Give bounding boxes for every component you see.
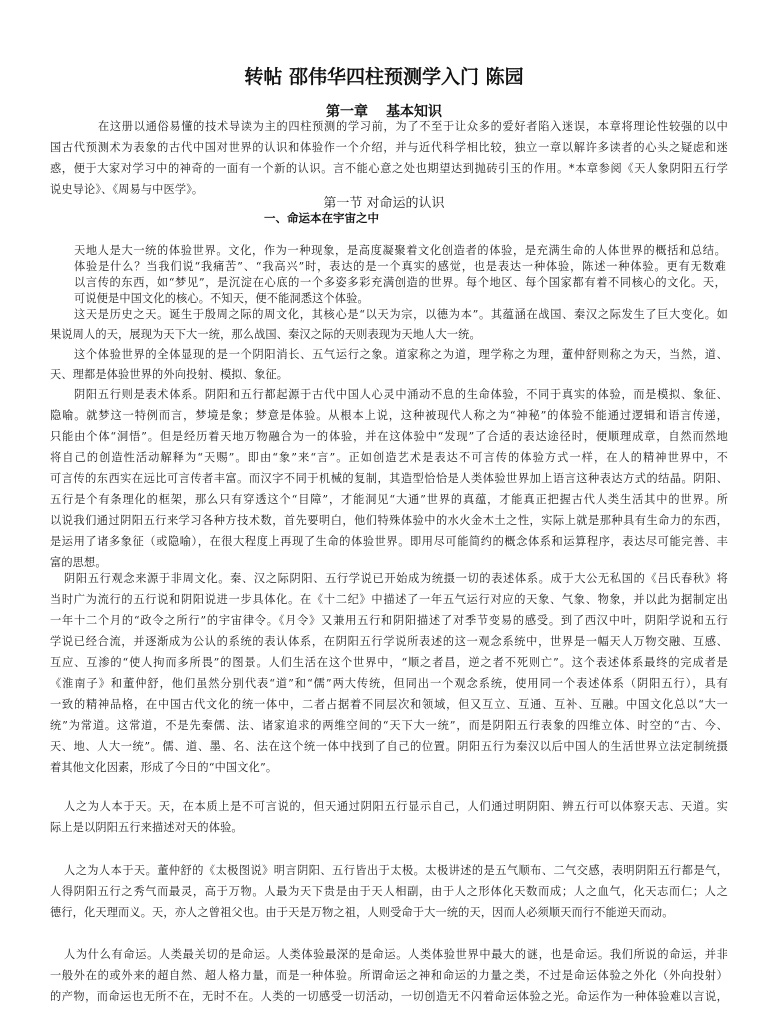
section-heading: 第一节 对命运的认识	[0, 192, 768, 211]
text-line: 可说便是中国文化的核心。不知天，便不能洞悉这个体验。	[74, 290, 369, 306]
text-line: 只能由个体“洞悟”。但是经历着天地万物融合为一的体验，并在这体验中“发现”了合适…	[50, 428, 728, 444]
text-line: 一般外在的或外来的超自然、超人格力量，而是一种体验。所谓命运之神和命运的力量之类…	[50, 967, 728, 983]
text-line: 体验是什么？当我们说“我痛苦”、“我高兴”时，表达的是一个真实的感觉，也是表达一…	[74, 258, 726, 274]
text-line: 着其他文化因素，形成了今日的“中国文化”。	[50, 759, 277, 775]
text-line: 五行是个有条理化的框架，那么只有穿透这个“目障”，才能洞见“大通”世界的真蕴，才…	[50, 491, 728, 507]
text-line: 富的思想。	[50, 554, 107, 570]
text-line: 学说已经合流，并逐渐成为公认的系统的表认体系，在阴阳五行学说所表述的这一观念系统…	[50, 633, 728, 649]
text-line: 将自己的创造性活动解释为“天赐”。即由“象”来“言”。正如创造艺术是表达不可言传…	[50, 449, 728, 465]
text-line: 以说我们通过阴阳五行来学习各种方技术数，首先要明白，他们特殊体验中的水火金木土之…	[50, 512, 728, 528]
text-line: 一致的精神品格，在中国古代文化的统一体中，二者占据着不同层次和领域，但又互立、互…	[50, 696, 728, 712]
text-line: 是运用了诸多象征（或隐喻），在很大程度上再现了生命的体验世界。即用尽可能简约的概…	[50, 533, 728, 549]
text-line: 《淮南子》和董仲舒，他们虽然分别代表“道”和“儒”两大传统，但同出一个观念系统，…	[50, 675, 728, 691]
text-line: 以言传的东西，如“梦见”，是沉淀在心底的一个多姿多彩充满创造的世界。每个地区、每…	[74, 274, 726, 290]
text-line: 当时广为流行的五行说和阴阳说进一步具体化。在《十二纪》中描述了一年五气运行对应的…	[50, 591, 728, 607]
text-line: 隐喻。就梦这一特例而言，梦境是象；梦意是体验。从根本上说，这种被现代人称之为“神…	[50, 407, 728, 423]
text-line: 这个体验世界的全体显现的是一个阴阳消长、五气运行之象。道家称之为道，理学称之为理…	[74, 346, 728, 362]
subsection-heading: 一、命运本在宇宙之中	[264, 210, 379, 226]
text-line: 阴阳五行则是表术体系。阴阳和五行都起源于古代中国人心灵中涌动不息的生命体验，不同…	[74, 386, 728, 402]
text-line: 统”为常道。这常道，不是先秦儒、法、诸家追求的两维空间的“天下大一统”，而是阴阳…	[50, 717, 728, 733]
text-line: 可言传的东西实在远比可言传者丰富。而汉字不同于机械的复制，其造型恰恰是人类体验世…	[50, 470, 728, 486]
text-line: 的产物，而命运也无所不在，无时不在。人类的一切感受一切活动，一切创造无不闪着命运…	[50, 988, 728, 1004]
text-line: 一年十二个月的“政令之所行”的宇宙律令。《月令》又兼用五行和阴阳描述了对季节变易…	[50, 612, 728, 628]
text-line: 互应、互渗的“使人拘而多所畏”的图景。人们生活在这个世界中，“顺之者昌，逆之者不…	[50, 654, 728, 670]
text-line: 德行，化天理而义。天，亦人之曾祖父也。由于天是万物之祖，人则受命于大一统的天，因…	[50, 904, 674, 920]
text-line: 人得阴阳五行之秀气而最灵，高于万物。人最为天下贵是由于天人相副，由于人之形体化天…	[50, 883, 728, 899]
text-line: 这天是历史之天。诞生于殷周之际的周文化，其核心是“以天为宗，以德为本”。其蕴涵在…	[74, 306, 728, 322]
text-line: 国古代预测术为表象的古代中国对世界的认识和体验作一个介绍，并与近代科学相比较，独…	[50, 139, 728, 155]
text-line: 果说周人的天，展现为天下大一统，那么战国、秦汉之际的天则表现为天地人大一统。	[50, 326, 481, 342]
text-line: 人为什么有命运。人类最关切的是命运。人类体验最深的是命运。人类体验世界中最大的谜…	[64, 946, 728, 962]
text-line: 天、理都是体验世界的外向投射、模拟、象征。	[50, 366, 288, 382]
text-line: 惑，便于大家对学习中的神奇的一面有一个新的认识。言不能心意之处也期望达到抛砖引玉…	[50, 160, 728, 176]
text-line: 在这册以通俗易懂的技术导读为主的四柱预测的学习前，为了不至于让众多的爱好者陷入迷…	[98, 118, 728, 134]
text-line: 天、地、人大一统”。儒、道、墨、名、法在这个统一体中找到了自己的位置。阴阳五行为…	[50, 738, 728, 754]
document-title: 转帖 邵伟华四柱预测学入门 陈园	[0, 62, 768, 89]
text-line: 天地人是大一统的体验世界。文化，作为一种现象，是高度凝聚着文化创造者的体验，是充…	[74, 242, 726, 258]
text-line: 人之为人本于天。天，在本质上是不可言说的，但天通过阴阳五行显示自己，人们通过明阴…	[64, 798, 728, 814]
text-line: 人之为人本于天。董仲舒的《太极图说》明言阴阳、五行皆出于太极。太极讲述的是五气顺…	[64, 862, 728, 878]
text-line: 际上是以阴阳五行来描述对天的体验。	[50, 819, 243, 835]
text-line: 阴阳五行观念来源于非周文化。秦、汉之际阴阳、五行学说已开始成为统摄一切的表述体系…	[64, 570, 728, 586]
document-page: 转帖 邵伟华四柱预测学入门 陈园 第一章基本知识 在这册以通俗易懂的技术导读为主…	[0, 0, 768, 1024]
